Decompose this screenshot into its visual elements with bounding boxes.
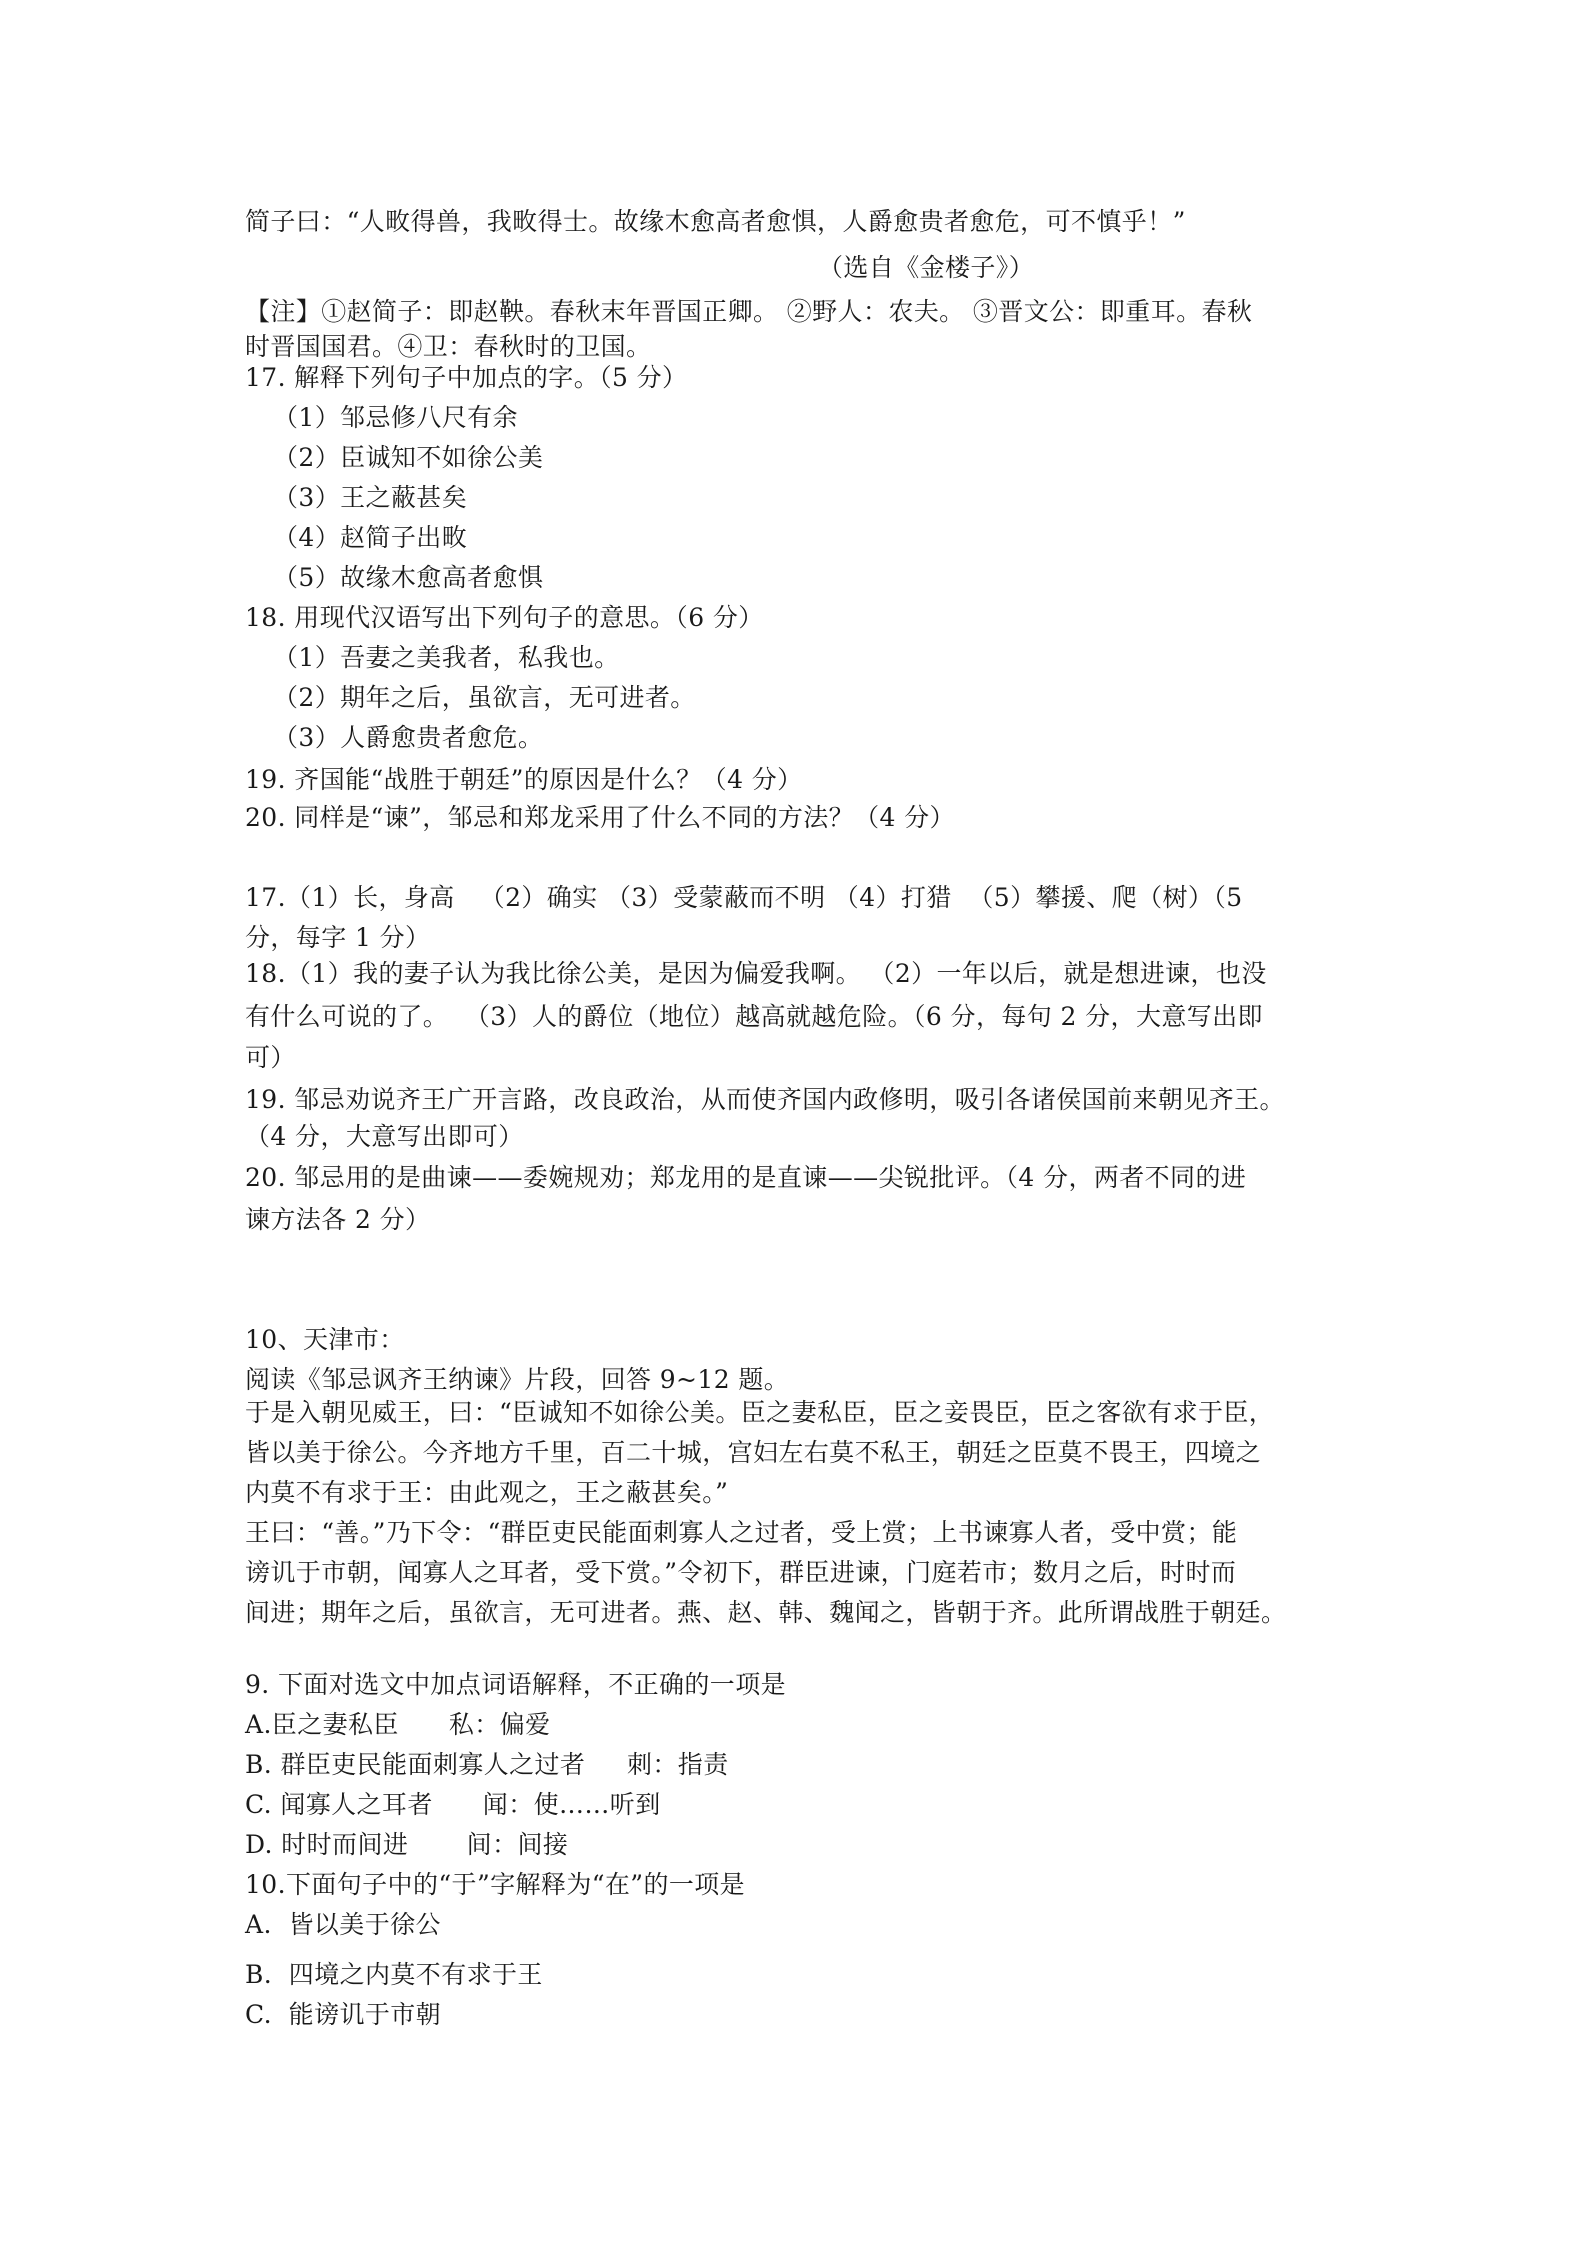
answer-18-line: 可）: [245, 1042, 296, 1074]
question-18-item: （2）期年之后，虽欲言，无可进者。: [273, 682, 696, 714]
answer-17-line: 17.（1）长，身高 （2）确实 （3）受蒙蔽而不明 （4）打猎 （5）攀援、爬…: [245, 882, 1243, 914]
answer-18-line: 18.（1）我的妻子认为我比徐公美，是因为偏爱我啊。 （2）一年以后，就是想进谏…: [245, 958, 1267, 990]
question-17-item: （4）赵简子出畋: [273, 522, 467, 554]
question-20-stem: 20. 同样是“谏”，邹忌和郑龙采用了什么不同的方法？（4 分）: [245, 802, 955, 834]
question-17-item: （5）故缘木愈高者愈惧: [273, 562, 543, 594]
answer-17-line: 分，每字 1 分）: [245, 922, 430, 954]
section-heading-tianjin: 10、天津市：: [245, 1324, 405, 1356]
question-9-option: B. 群臣吏民能面刺寡人之过者 刺：指责: [245, 1749, 729, 1781]
passage-line: 内莫不有求于王：由此观之，王之蔽甚矣。”: [245, 1477, 728, 1509]
question-18-item: （1）吾妻之美我者，私我也。: [273, 642, 620, 674]
question-9-stem: 9. 下面对选文中加点词语解释，不正确的一项是: [245, 1669, 786, 1701]
answer-19-line: 19. 邹忌劝说齐王广开言路，改良政治，从而使齐国内政修明，吸引各诸侯国前来朝见…: [245, 1084, 1285, 1116]
question-9-option: D. 时时而间进 间：间接: [245, 1829, 568, 1861]
answer-18-line: 有什么可说的了。 （3）人的爵位（地位）越高就越危险。（6 分，每句 2 分，大…: [245, 1001, 1263, 1033]
question-10-option: B. 四境之内莫不有求于王: [245, 1959, 543, 1991]
question-17-item: （1）邹忌修八尺有余: [273, 402, 518, 434]
passage-line: 皆以美于徐公。今齐地方千里，百二十城，宫妇左右莫不私王，朝廷之臣莫不畏王，四境之: [245, 1437, 1261, 1469]
passage-line: 王曰：“善。”乃下令：“群臣吏民能面刺寡人之过者，受上赏；上书谏寡人者，受中赏；…: [245, 1517, 1237, 1549]
passage-line: 间进；期年之后，虽欲言，无可进者。燕、赵、韩、魏闻之，皆朝于齐。此所谓战胜于朝廷…: [245, 1597, 1286, 1629]
question-18-stem: 18. 用现代汉语写出下列句子的意思。（6 分）: [245, 602, 764, 634]
passage-line: 谤讥于市朝，闻寡人之耳者，受下赏。”令初下，群臣进谏，门庭若市；数月之后，时时而: [245, 1557, 1236, 1589]
question-19-stem: 19. 齐国能“战胜于朝廷”的原因是什么？（4 分）: [245, 764, 803, 796]
passage-line: 于是入朝见威王，曰：“臣诚知不如徐公美。臣之妻私臣，臣之妾畏臣，臣之客欲有求于臣…: [245, 1397, 1274, 1429]
note-line-1: 【注】①赵简子：即赵鞅。春秋末年晋国正卿。 ②野人：农夫。 ③晋文公：即重耳。春…: [245, 296, 1252, 328]
document-page: 简子曰：“人畋得兽，我畋得士。故缘木愈高者愈惧，人爵愈贵者愈危，可不慎乎！” （…: [0, 0, 1594, 2252]
passage-quote-line: 简子曰：“人畋得兽，我畋得士。故缘木愈高者愈惧，人爵愈贵者愈危，可不慎乎！”: [245, 206, 1186, 238]
question-17-item: （3）王之蔽甚矣: [273, 482, 467, 514]
question-17-item: （2）臣诚知不如徐公美: [273, 442, 543, 474]
answer-20-line: 20. 邹忌用的是曲谏——委婉规劝；郑龙用的是直谏——尖锐批评。（4 分，两者不…: [245, 1162, 1246, 1194]
answer-19-line: （4 分，大意写出即可）: [245, 1121, 524, 1153]
question-9-option: A.臣之妻私臣 私：偏爱: [245, 1709, 550, 1741]
question-10-stem: 10.下面句子中的“于”字解释为“在”的一项是: [245, 1869, 745, 1901]
passage-source: （选自《金楼子》）: [818, 252, 1034, 284]
question-18-item: （3）人爵愈贵者愈危。: [273, 722, 543, 754]
note-line-2: 时晋国国君。④卫：春秋时的卫国。: [245, 331, 651, 363]
question-10-option: A. 皆以美于徐公: [245, 1909, 441, 1941]
question-9-option: C. 闻寡人之耳者 闻：使……听到: [245, 1789, 661, 1821]
answer-20-line: 谏方法各 2 分）: [245, 1204, 430, 1236]
question-17-stem: 17. 解释下列句子中加点的字。（5 分）: [245, 362, 687, 394]
reading-intro: 阅读《邹忌讽齐王纳谏》片段，回答 9~12 题。: [245, 1364, 789, 1396]
question-10-option: C. 能谤讥于市朝: [245, 1999, 441, 2031]
